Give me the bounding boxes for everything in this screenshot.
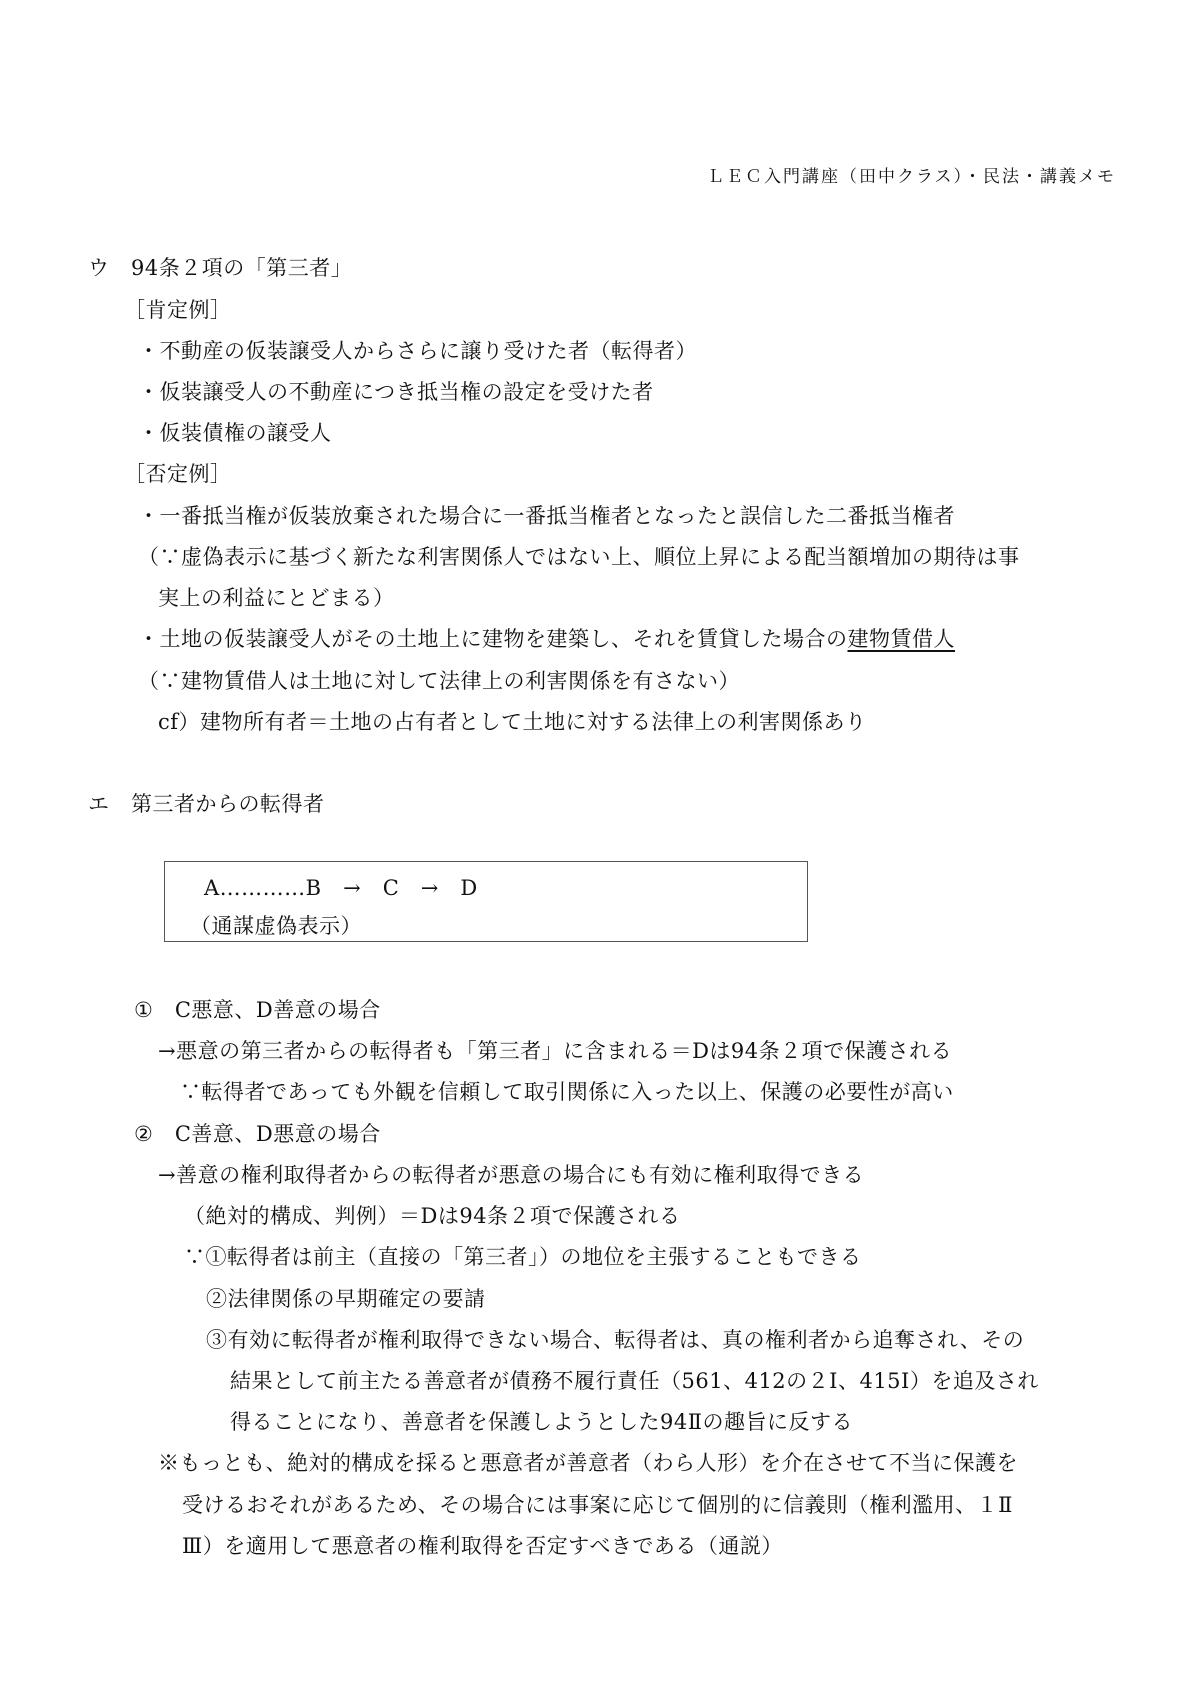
case-2-note: 受けるおそれがあるため、その場合には事案に応じて個別的に信義則（権利濫用、１Ⅱ — [182, 1491, 1013, 1519]
affirmative-item: ・仮装債権の譲受人 — [138, 419, 332, 447]
negative-reason-2: （∵建物賃借人は土地に対して法律上の利害関係を有さない） — [138, 667, 740, 695]
case-2-line: →善意の権利取得者からの転得者が悪意の場合にも有効に権利取得できる — [158, 1161, 864, 1189]
case-2-note: Ⅲ）を適用して悪意者の権利取得を否定すべきである（通説） — [182, 1532, 783, 1560]
negative-label: ［否定例］ — [124, 460, 232, 488]
case-2-line: 結果として前主たる善意者が債務不履行責任（561、412の２Ⅰ、415Ⅰ）を追及… — [230, 1367, 1039, 1395]
negative-item-2: ・土地の仮装譲受人がその土地上に建物を建築し、それを賃貸した場合の建物賃借人 — [138, 625, 955, 653]
case-2-line: 得ることになり、善意者を保護しようとした94Ⅱの趣旨に反する — [230, 1408, 853, 1436]
affirmative-item: ・不動産の仮装譲受人からさらに譲り受けた者（転得者） — [138, 337, 697, 365]
affirmative-item: ・仮装譲受人の不動産につき抵当権の設定を受けた者 — [138, 378, 654, 406]
case-2-line: （絶対的構成、判例）＝Dは94条２項で保護される — [184, 1202, 681, 1230]
negative-reason: （∵虚偽表示に基づく新たな利害関係人ではない上、順位上昇による配当額増加の期待は… — [138, 543, 1020, 571]
underlined-term: 建物賃借人 — [848, 627, 956, 651]
negative-reason-cont: 実上の利益にとどまる） — [158, 584, 395, 612]
affirmative-label: ［肯定例］ — [124, 296, 232, 324]
case-2-line: ②法律関係の早期確定の要請 — [206, 1285, 486, 1313]
page-header: ＬＥＣ入門講座（田中クラス）・民法・講義メモ — [707, 162, 1116, 187]
case-1-line: ∵転得者であっても外観を信頼して取引関係に入った以上、保護の必要性が高い — [180, 1078, 954, 1106]
case-2-note: ※もっとも、絶対的構成を採ると悪意者が善意者（わら人形）を介在させて不当に保護を — [158, 1449, 1018, 1477]
case-1-title: ① C悪意、D善意の場合 — [134, 996, 381, 1024]
section-e-title: エ 第三者からの転得者 — [88, 790, 325, 818]
section-u-title: ウ 94条２項の「第三者」 — [88, 254, 352, 282]
case-2-title: ② C善意、D悪意の場合 — [134, 1120, 381, 1148]
cf-note: cf）建物所有者＝土地の占有者として土地に対する法律上の利害関係あり — [158, 708, 867, 736]
case-2-line: ∵①転得者は前主（直接の「第三者」）の地位を主張することもできる — [184, 1243, 862, 1271]
case-1-line: →悪意の第三者からの転得者も「第三者」に含まれる＝Dは94条２項で保護される — [158, 1037, 952, 1065]
negative-item: ・一番抵当権が仮装放棄された場合に一番抵当権者となったと誤信した二番抵当権者 — [138, 502, 955, 530]
negative-item-2-text: ・土地の仮装譲受人がその土地上に建物を建築し、それを賃貸した場合の — [138, 627, 848, 651]
diagram-note: （通謀虚偽表示） — [190, 912, 362, 940]
transfer-chain: A…………B → C → D — [204, 874, 478, 902]
case-2-line: ③有効に転得者が権利取得できない場合、転得者は、真の権利者から追奪され、その — [206, 1326, 1024, 1354]
